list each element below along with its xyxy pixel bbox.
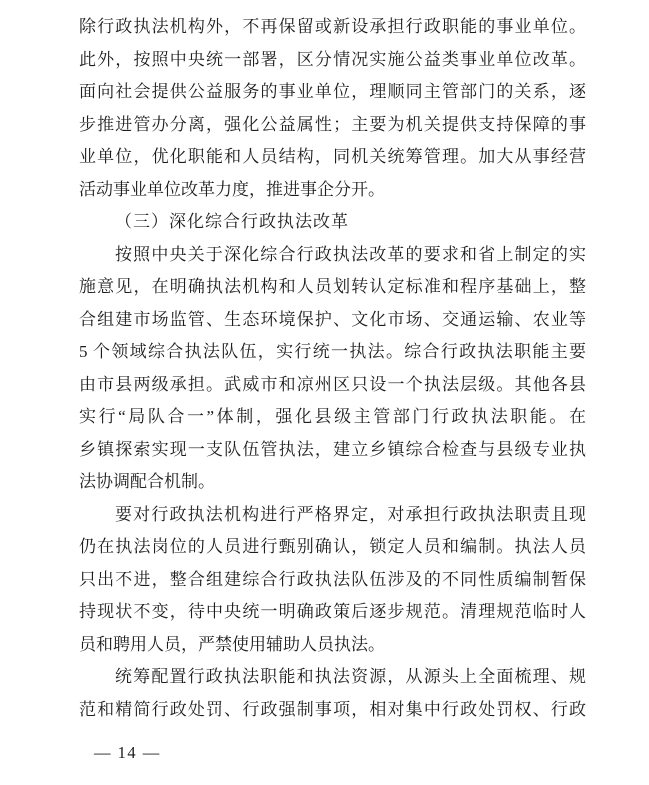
text-line: 此外，按照中央统一部署，区分情况实施公益类事业单位改革。 <box>79 44 586 77</box>
text-line: 统筹配置行政执法职能和执法资源，从源头上全面梳理、规 <box>79 661 586 694</box>
text-line: 步推进管办分离，强化公益属性；主要为机关提供支持保障的事 <box>79 109 586 142</box>
text-line: 按照中央关于深化综合行政执法改革的要求和省上制定的实 <box>79 239 586 272</box>
text-line: 员和聘用人员，严禁使用辅助人员执法。 <box>79 629 586 662</box>
text-line: 合组建市场监管、生态环境保护、文化市场、交通运输、农业等 <box>79 304 586 337</box>
text-line: 面向社会提供公益服务的事业单位，理顺同主管部门的关系，逐 <box>79 76 586 109</box>
text-line: 活动事业单位改革力度，推进事企分开。 <box>79 174 586 207</box>
document-page: 除行政执法机构外，不再保留或新设承担行政职能的事业单位。此外，按照中央统一部署，… <box>0 0 649 785</box>
text-line: 仍在执法岗位的人员进行甄别确认，锁定人员和编制。执法人员 <box>79 531 586 564</box>
text-line: 由市县两级承担。武威市和凉州区只设一个执法层级。其他各县 <box>79 369 586 402</box>
text-line: 实行“局队合一”体制，强化县级主管部门行政执法职能。在 <box>79 401 586 434</box>
text-line: 持现状不变，待中央统一明确政策后逐步规范。清理规范临时人 <box>79 596 586 629</box>
text-line: 施意见，在明确执法机构和人员划转认定标准和程序基础上，整 <box>79 271 586 304</box>
text-line: 业单位，优化职能和人员结构，同机关统筹管理。加大从事经营 <box>79 141 586 174</box>
text-line: 只出不进，整合组建综合行政执法队伍涉及的不同性质编制暂保 <box>79 564 586 597</box>
page-number: — 14 — <box>94 742 161 764</box>
section-heading: （三）深化综合行政执法改革 <box>79 206 586 239</box>
text-line: 乡镇探索实现一支队伍管执法，建立乡镇综合检查与县级专业执 <box>79 434 586 467</box>
text-line: 5 个领域综合执法队伍，实行统一执法。综合行政执法职能主要 <box>79 336 586 369</box>
text-line: 除行政执法机构外，不再保留或新设承担行政职能的事业单位。 <box>79 11 586 44</box>
text-line: 要对行政执法机构进行严格界定，对承担行政执法职责且现 <box>79 499 586 532</box>
document-body: 除行政执法机构外，不再保留或新设承担行政职能的事业单位。此外，按照中央统一部署，… <box>79 11 586 726</box>
text-line: 法协调配合机制。 <box>79 466 586 499</box>
text-line: 范和精简行政处罚、行政强制事项，相对集中行政处罚权、行政 <box>79 694 586 727</box>
